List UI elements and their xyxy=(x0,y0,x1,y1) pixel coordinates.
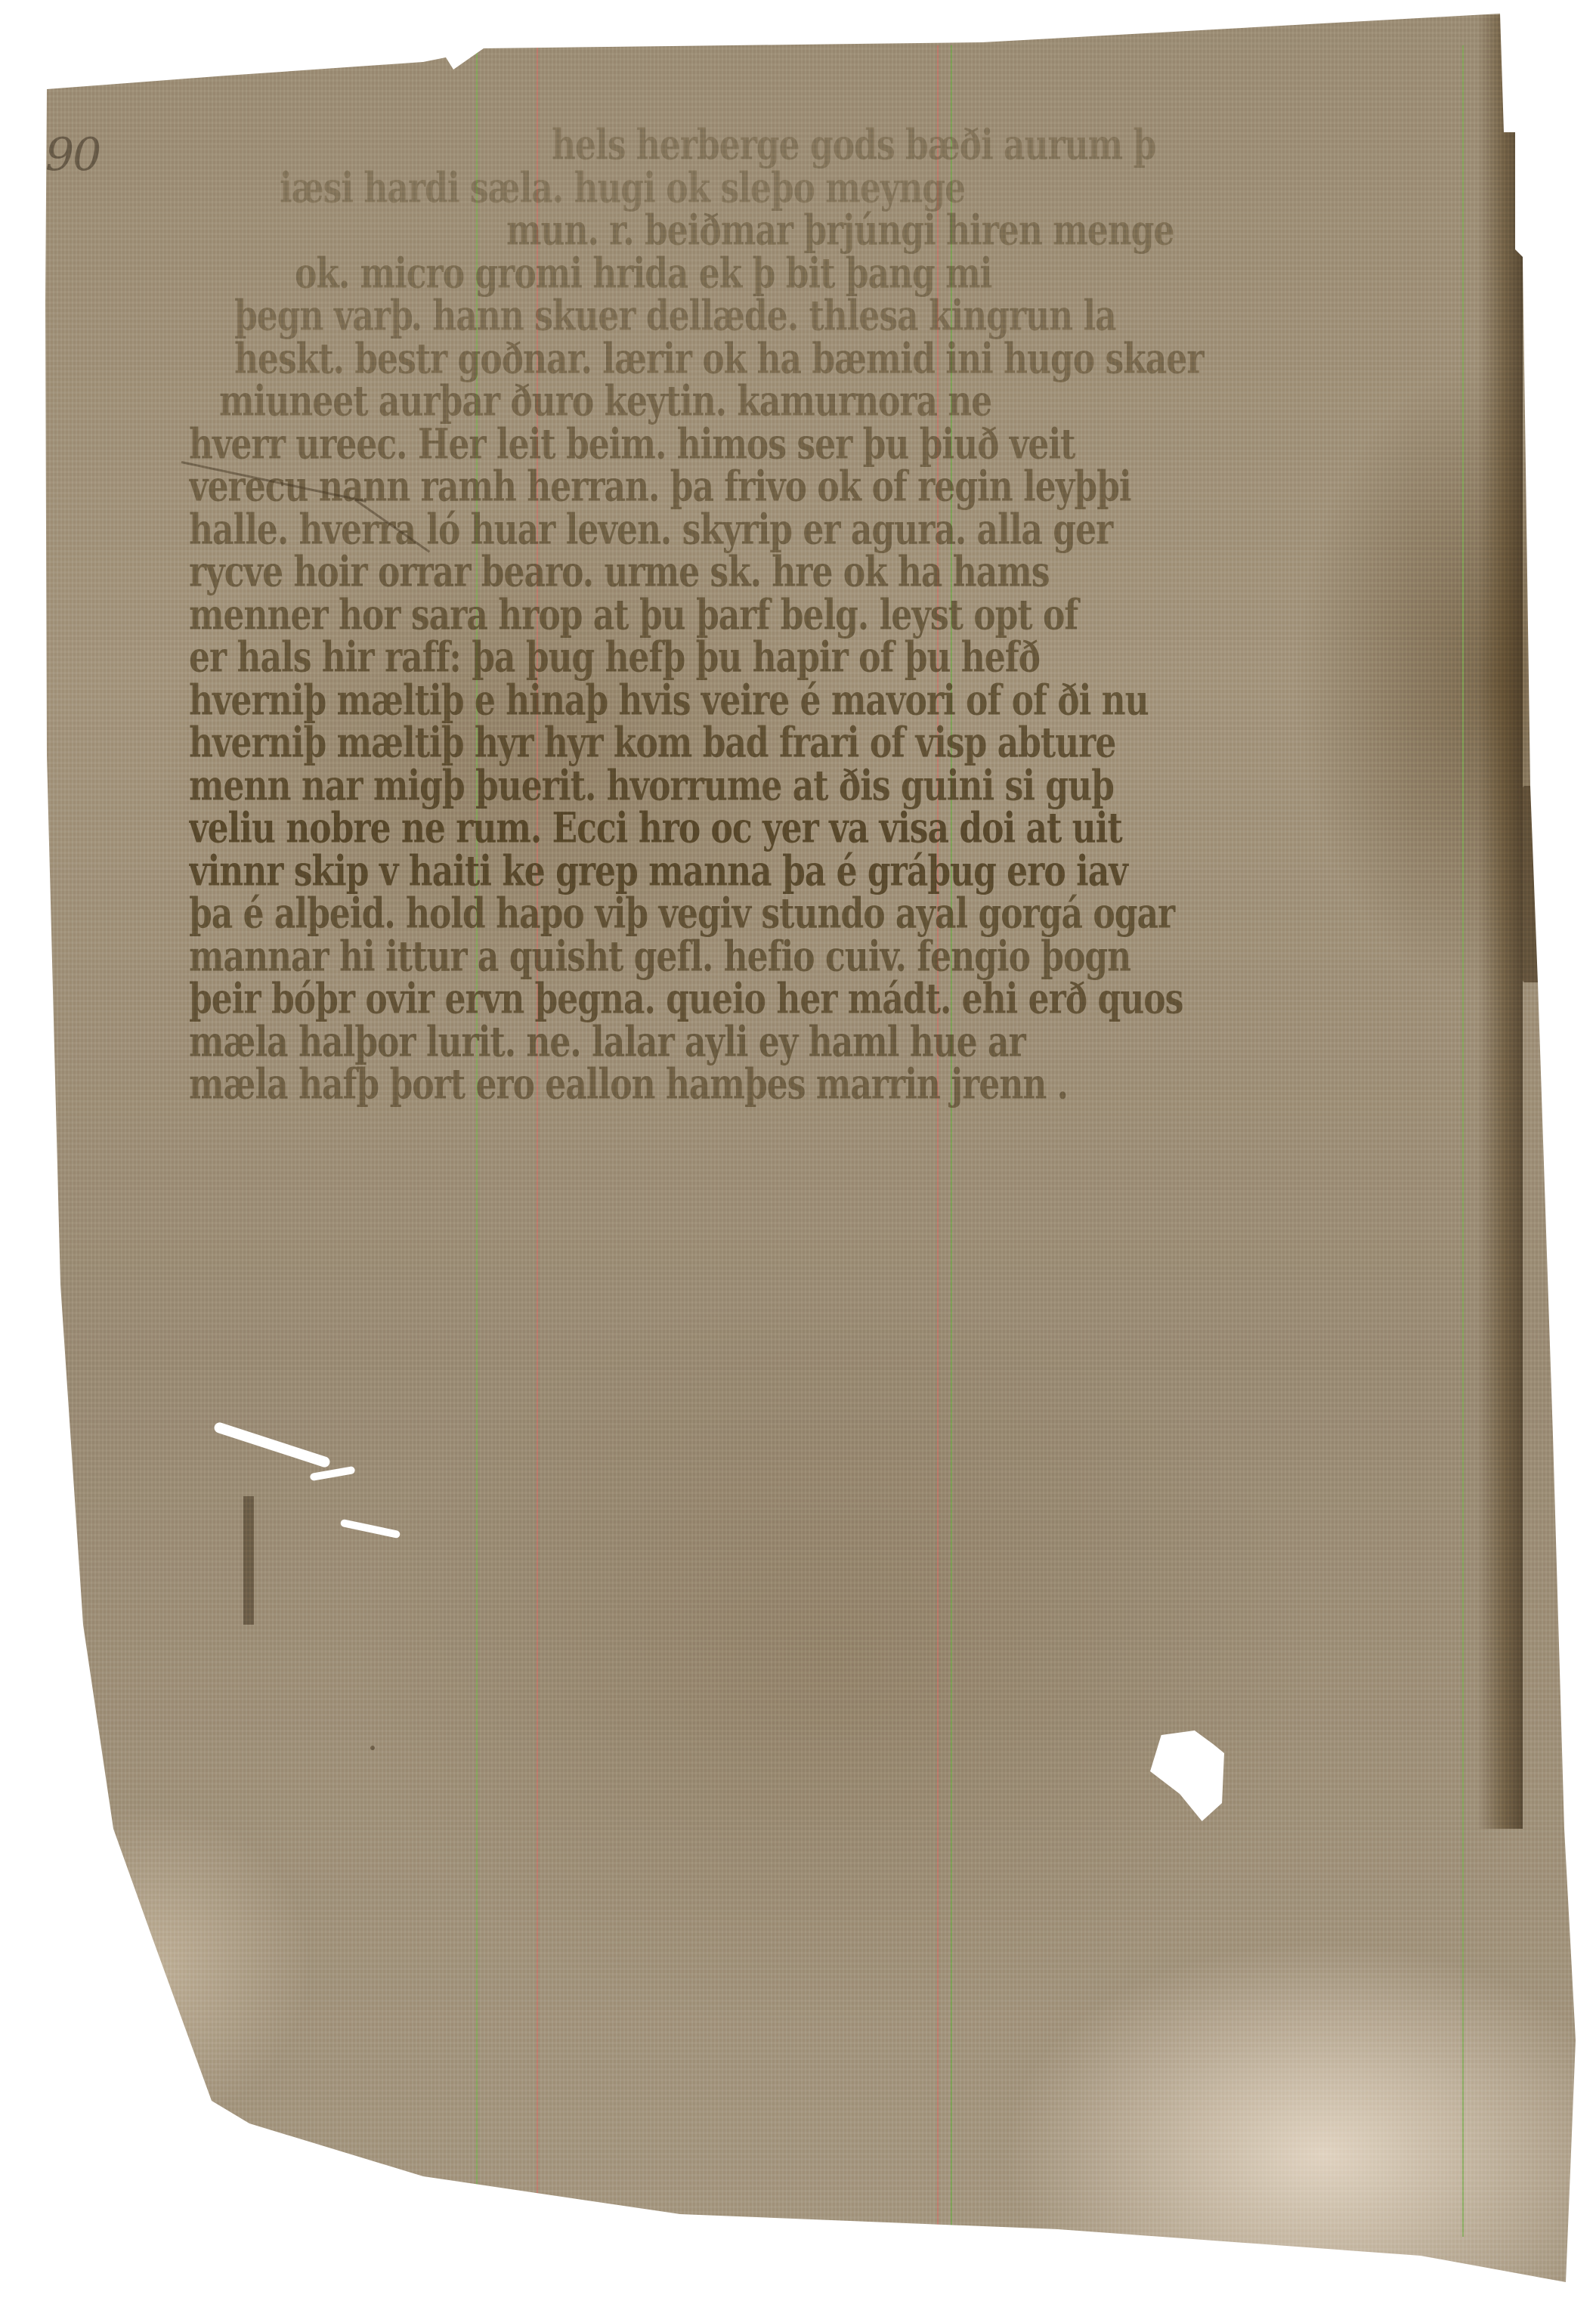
manuscript-line: halle. hverra ló huar leven. skyrip er a… xyxy=(189,503,1474,557)
manuscript-line: mun. r. beiðmar þrjúngi hiren menge xyxy=(189,205,1474,258)
manuscript-line: hverr ureec. Her leit beim. himos ser þu… xyxy=(189,418,1474,472)
manuscript-line: hverniþ mæltiþ e hinaþ hvis veire é mavo… xyxy=(189,674,1474,728)
manuscript-line: verecu nann ramh herran. þa frivo ok of … xyxy=(189,461,1474,515)
parchment-crease xyxy=(354,499,430,552)
parchment-crease xyxy=(181,461,367,503)
faded-initial-mark xyxy=(243,1496,254,1625)
manuscript-line: þa é alþeid. hold hapo viþ vegiv stundo … xyxy=(189,888,1474,942)
manuscript-line: menn nar migþ þuerit. hvorrume at ðis gu… xyxy=(189,759,1474,813)
manuscript-line: rycve hoir orrar bearo. urme sk. hre ok … xyxy=(189,546,1474,600)
manuscript-line: hverniþ mæltiþ hyr hyr kom bad frari of … xyxy=(189,717,1474,771)
folio-number: 90 xyxy=(45,128,100,181)
darkened-right-edge xyxy=(1477,15,1523,1829)
ruling-line-center-red xyxy=(937,45,939,2237)
manuscript-line: þegn varþ. hann skuer dellæde. thlesa ki… xyxy=(189,290,1474,344)
parchment-leaf: 90 hels herberge gods bæði aurum þiæsi h… xyxy=(0,0,1596,2298)
manuscript-line: mannar hi ittur a quisht gefl. hefio cui… xyxy=(189,930,1474,984)
ink-speck xyxy=(370,1746,375,1750)
manuscript-line: heskt. bestr goðnar. lærir ok ha bæmid i… xyxy=(189,332,1474,386)
manuscript-line: veliu nobre ne rum. Ecci hro oc yer va v… xyxy=(189,803,1474,856)
manuscript-text-block: hels herberge gods bæði aurum þiæsi hard… xyxy=(189,125,1474,1107)
manuscript-line: er hals hir raff: þa þug hefþ þu hapir o… xyxy=(189,632,1474,685)
manuscript-line: mæla hafþ þort ero eallon hamþes marrin … xyxy=(189,1059,1474,1112)
ruling-line-right-green xyxy=(1462,45,1464,2237)
ruling-line-center-green xyxy=(951,45,952,2237)
manuscript-line: mæla halþor lurit. ne. lalar ayli ey ham… xyxy=(189,1016,1474,1069)
manuscript-line: ok. micro gromi hrida ek þ bit þang mi xyxy=(189,247,1474,301)
binding-stub xyxy=(1523,786,1545,982)
manuscript-line: þeir bóþr ovir ervn þegna. queio her mád… xyxy=(189,973,1474,1027)
ruling-line-left-green xyxy=(476,45,478,2237)
ruling-line-left-red xyxy=(537,45,538,2237)
manuscript-line: iæsi hardi sæla. hugi ok sleþo meynge xyxy=(189,162,1474,215)
manuscript-line: miuneet aurþar ðuro keytin. kamurnora ne xyxy=(189,376,1474,429)
manuscript-line: hels herberge gods bæði aurum þ xyxy=(189,119,1474,173)
manuscript-line: vinnr skip v haiti ke grep manna þa é gr… xyxy=(189,845,1474,898)
manuscript-line: menner hor sara hrop at þu þarf belg. le… xyxy=(189,589,1474,642)
